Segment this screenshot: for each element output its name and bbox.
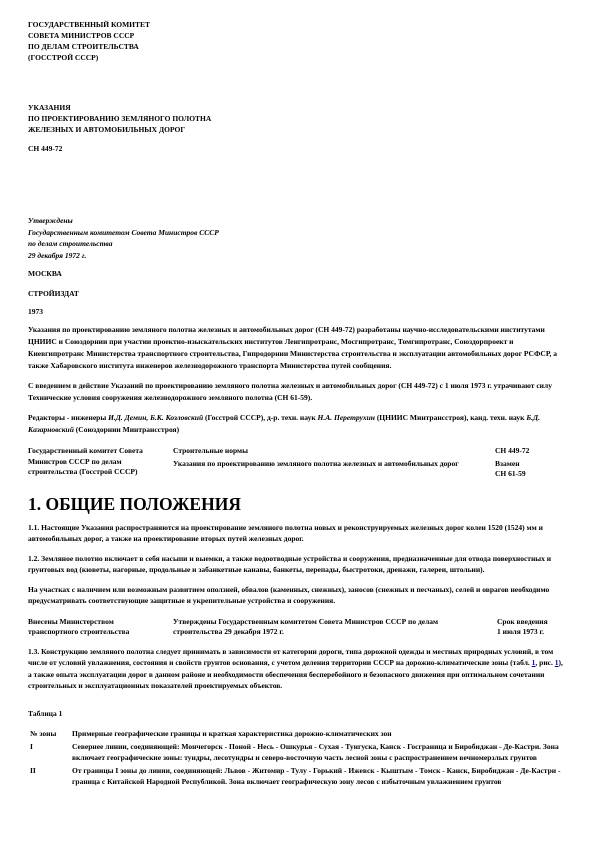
title-line: ПО ПРОЕКТИРОВАНИЮ ЗЕМЛЯНОГО ПОЛОТНА	[28, 113, 567, 124]
clause-1-2-continued: На участках с наличием или возможным раз…	[28, 584, 567, 607]
approval-line: Утверждены	[28, 215, 567, 227]
table-1: № зоны Примерные географические границы …	[28, 728, 567, 787]
org-line: ПО ДЕЛАМ СТРОИТЕЛЬСТВА	[28, 41, 567, 52]
org-line: СОВЕТА МИНИСТРОВ СССР	[28, 30, 567, 41]
issuing-organization: ГОСУДАРСТВЕННЫЙ КОМИТЕТ СОВЕТА МИНИСТРОВ…	[28, 19, 567, 63]
publication-city: МОСКВА	[28, 269, 567, 278]
approval-info-table: Внесены Министерством транспортного стро…	[28, 617, 567, 638]
title-line: ЖЕЛЕЗНЫХ И АВТОМОБИЛЬНЫХ ДОРОГ	[28, 124, 567, 135]
clause-1-1: 1.1. Настоящие Указания распространяются…	[28, 522, 567, 545]
org-line: ГОСУДАРСТВЕННЫЙ КОМИТЕТ	[28, 19, 567, 30]
editors-suffix: (Союздорнии Минтрансстроя)	[74, 425, 179, 434]
document-page: ГОСУДАРСТВЕННЫЙ КОМИТЕТ СОВЕТА МИНИСТРОВ…	[0, 0, 595, 842]
editor-names: И.Д. Демин, Б.К. Козловский	[108, 413, 203, 422]
document-title: УКАЗАНИЯ ПО ПРОЕКТИРОВАНИЮ ЗЕМЛЯНОГО ПОЛ…	[28, 102, 567, 135]
table-1-col-zone-header: № зоны	[28, 728, 72, 739]
effective-date-label: Срок введения	[497, 617, 557, 628]
submitted-by: Внесены Министерством транспортного стро…	[28, 617, 173, 638]
paragraph-developed-by: Указания по проектированию земляного пол…	[28, 324, 567, 372]
publication-year: 1973	[28, 307, 567, 316]
approval-line: Государственным комитетом Совета Министр…	[28, 227, 567, 239]
table-1-row-desc: Севернее линии, соединяющей: Мончегорск …	[72, 741, 567, 763]
title-line: УКАЗАНИЯ	[28, 102, 567, 113]
approved-by: Утверждены Государственным комитетом Сов…	[173, 617, 497, 638]
editor-name: Н.А. Перетрухин	[318, 413, 375, 422]
publisher-name: СТРОЙИЗДАТ	[28, 289, 567, 298]
approval-note: Утверждены Государственным комитетом Сов…	[28, 215, 567, 261]
norm-replaces-label: Взамен	[495, 459, 559, 470]
table-1-caption: Таблица 1	[28, 709, 567, 718]
norm-code-cell: СН 449-72 Взамен СН 61-59	[495, 446, 567, 480]
editors-text: (Госстрой СССР), д-р. техн. наук	[203, 413, 317, 422]
norm-issuer: Государственный комитет Совета Министров…	[28, 446, 173, 480]
effective-date: 1 июля 1973 г.	[497, 627, 557, 638]
effective-date-cell: Срок введения 1 июля 1973 г.	[497, 617, 567, 638]
table-1-col-desc-header: Примерные географические границы и кратк…	[72, 728, 567, 739]
norm-code: СН 449-72	[495, 446, 559, 457]
clause-1-2: 1.2. Земляное полотно включает в себя на…	[28, 553, 567, 576]
norm-title-cell: Строительные нормы Указания по проектиро…	[173, 446, 495, 480]
section-1-heading: 1. ОБЩИЕ ПОЛОЖЕНИЯ	[28, 495, 567, 514]
editors-prefix: Редакторы - инженеры	[28, 413, 108, 422]
table-1-row-zone: II	[28, 765, 72, 787]
document-number: СН 449-72	[28, 144, 567, 153]
table-1-row-zone: I	[28, 741, 72, 763]
paragraph-editors: Редакторы - инженеры И.Д. Демин, Б.К. Ко…	[28, 412, 567, 436]
norm-title: Указания по проектированию земляного пол…	[173, 459, 487, 470]
norm-header-table: Государственный комитет Совета Министров…	[28, 446, 567, 480]
approval-line: по делам строительства	[28, 238, 567, 250]
table-1-row-desc: От границы I зоны до линии, соединяющей:…	[72, 765, 567, 787]
approval-line: 29 декабря 1972 г.	[28, 250, 567, 262]
editors-text: (ЦНИИС Минтрансстроя), канд. техн. наук	[375, 413, 526, 422]
norm-replaces-code: СН 61-59	[495, 469, 559, 480]
clause-1-3: 1.3. Конструкцию земляного полотна следу…	[28, 646, 567, 692]
paragraph-supersedes: С введением в действие Указаний по проек…	[28, 380, 567, 404]
clause-1-3-text: , рис.	[535, 658, 554, 667]
org-line: (ГОССТРОЙ СССР)	[28, 52, 567, 63]
clause-1-3-text: 1.3. Конструкцию земляного полотна следу…	[28, 647, 553, 668]
norm-type: Строительные нормы	[173, 446, 487, 457]
